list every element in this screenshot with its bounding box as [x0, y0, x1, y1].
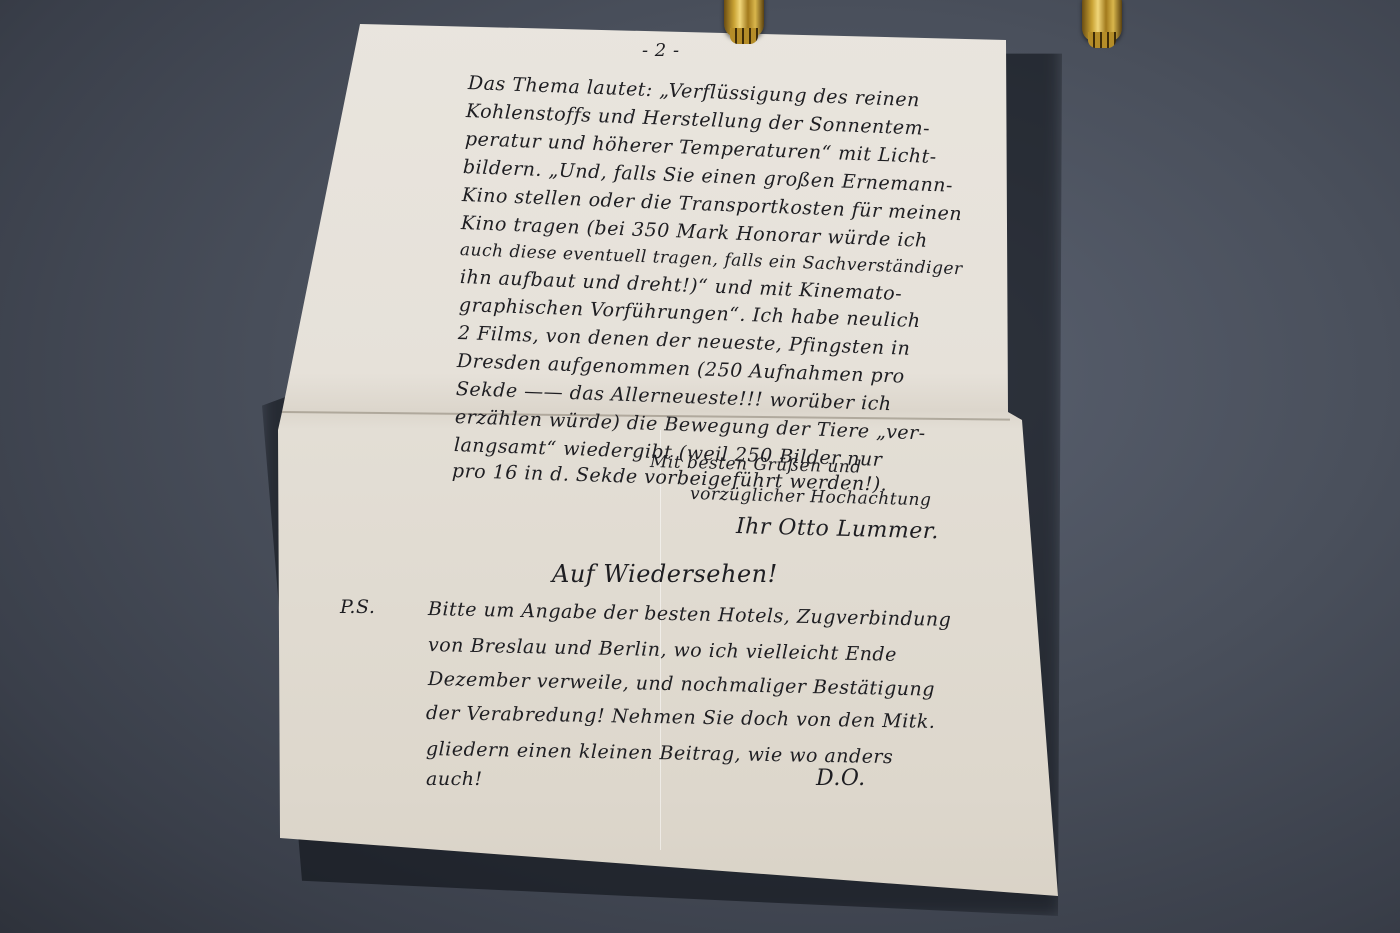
brass-hand-clip-right [1082, 0, 1122, 42]
postscript-label: P.S. [340, 596, 375, 618]
brass-hand-clip-left [724, 0, 764, 38]
signature: Ihr Otto Lummer. [736, 514, 940, 544]
postscript-line: auch! [426, 768, 483, 790]
farewell: Auf Wiedersehen! [552, 560, 778, 588]
page-number: - 2 - [642, 40, 680, 61]
postscript-initials: D.O. [816, 766, 866, 791]
photo-scene: - 2 - Das Thema lautet: „Verflüssigung d… [0, 0, 1400, 933]
